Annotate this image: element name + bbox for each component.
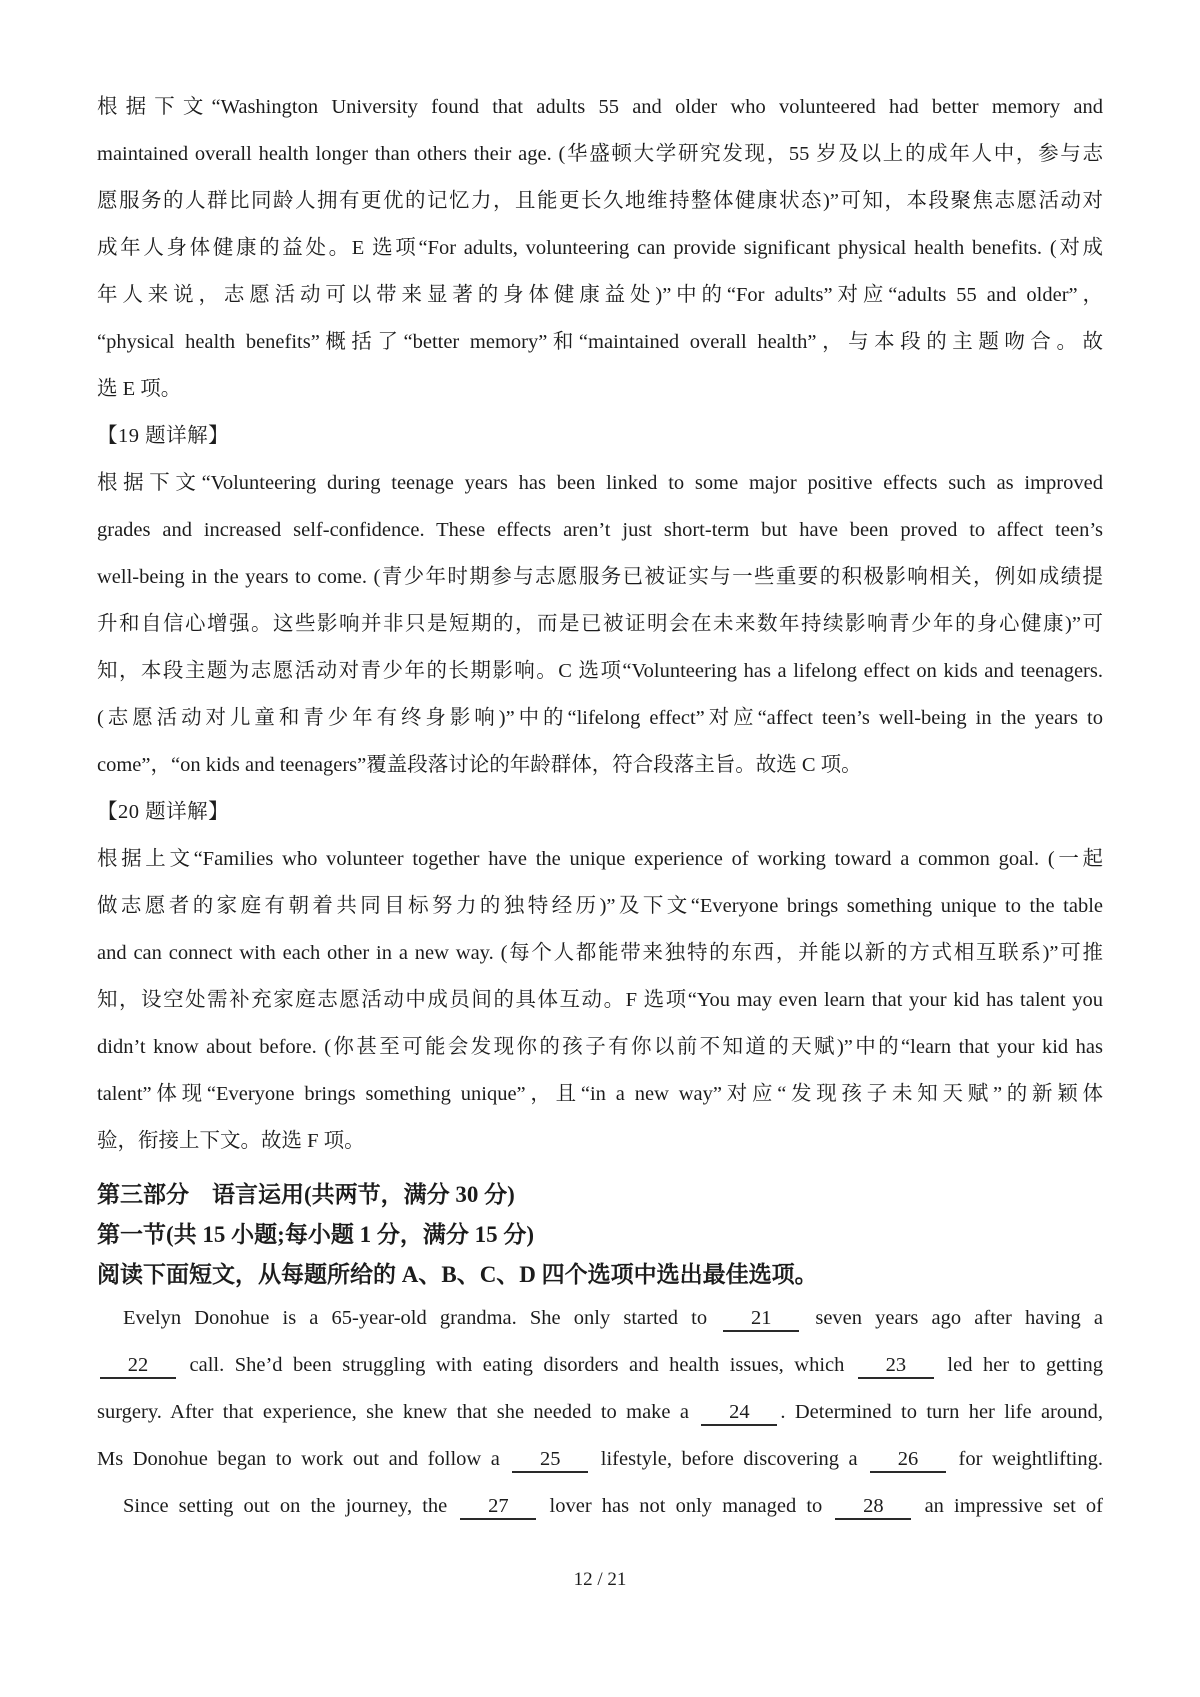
text-line: 做志愿者的家庭有朝着共同目标努力的独特经历)”及下文“Everyone brin… (97, 883, 1103, 930)
text-line: and can connect with each other in a new… (97, 930, 1103, 977)
label-question-20: 【20 题详解】 (97, 789, 1103, 836)
cloze-blank-25: 25 (512, 1447, 588, 1473)
cloze-blank-23: 23 (858, 1353, 934, 1379)
text-line: didn’t know about before. (你甚至可能会发现你的孩子有… (97, 1024, 1103, 1071)
cloze-blank-21: 21 (723, 1306, 799, 1332)
text-line: 验，衔接上下文。故选 F 项。 (97, 1118, 1103, 1165)
text-line: 第三部分 语言运用(共两节，满分 30 分) (97, 1175, 1103, 1215)
text-line: well-being in the years to come. (青少年时期参… (97, 554, 1103, 601)
text-line: Since setting out on the journey, the 27… (97, 1483, 1103, 1530)
cloze-blank-28: 28 (835, 1494, 911, 1520)
text-line: 第一节(共 15 小题;每小题 1 分，满分 15 分) (97, 1215, 1103, 1255)
text-line: 知，设空处需补充家庭志愿活动中成员间的具体互动。F 选项“You may eve… (97, 977, 1103, 1024)
text-line: Evelyn Donohue is a 65-year-old grandma.… (97, 1295, 1103, 1342)
cloze-blank-26: 26 (870, 1447, 946, 1473)
text-line: 根据下文“Volunteering during teenage years h… (97, 460, 1103, 507)
text-line: 阅读下面短文，从每题所给的 A、B、C、D 四个选项中选出最佳选项。 (97, 1255, 1103, 1295)
document-body: 根据下文“Washington University found that ad… (97, 84, 1103, 1530)
cloze-blank-27: 27 (460, 1494, 536, 1520)
explanation-19: 根据下文“Volunteering during teenage years h… (97, 460, 1103, 789)
text-line: 根据上文“Families who volunteer together hav… (97, 836, 1103, 883)
text-line: 升和自信心增强。这些影响并非只是短期的，而是已被证明会在未来数年持续影响青少年的… (97, 601, 1103, 648)
cloze-paragraph-1: Evelyn Donohue is a 65-year-old grandma.… (97, 1295, 1103, 1483)
text-line: 22 call. She’d been struggling with eati… (97, 1342, 1103, 1389)
text-line: 根据下文“Washington University found that ad… (97, 84, 1103, 131)
text-line: 【20 题详解】 (97, 789, 1103, 836)
section-3-heading: 第三部分 语言运用(共两节，满分 30 分)第一节(共 15 小题;每小题 1 … (97, 1175, 1103, 1295)
text-line: surgery. After that experience, she knew… (97, 1389, 1103, 1436)
cloze-paragraph-2: Since setting out on the journey, the 27… (97, 1483, 1103, 1530)
text-line: “physical health benefits”概括了“better mem… (97, 319, 1103, 366)
text-line: 【19 题详解】 (97, 413, 1103, 460)
text-line: 年人来说，志愿活动可以带来显著的身体健康益处)”中的“For adults”对应… (97, 272, 1103, 319)
text-line: maintained overall health longer than ot… (97, 131, 1103, 178)
text-line: 知，本段主题为志愿活动对青少年的长期影响。C 选项“Volunteering h… (97, 648, 1103, 695)
text-line: grades and increased self-confidence. Th… (97, 507, 1103, 554)
text-line: 愿服务的人群比同龄人拥有更优的记忆力，且能更长久地维持整体健康状态)”可知，本段… (97, 178, 1103, 225)
page-number: 12 / 21 (0, 1568, 1200, 1592)
explanation-20: 根据上文“Families who volunteer together hav… (97, 836, 1103, 1165)
text-line: come”，“on kids and teenagers”覆盖段落讨论的年龄群体… (97, 742, 1103, 789)
label-question-19: 【19 题详解】 (97, 413, 1103, 460)
cloze-blank-24: 24 (701, 1400, 777, 1426)
text-line: 成年人身体健康的益处。E 选项“For adults, volunteering… (97, 225, 1103, 272)
explanation-18-continued: 根据下文“Washington University found that ad… (97, 84, 1103, 413)
text-line: talent”体现“Everyone brings something uniq… (97, 1071, 1103, 1118)
text-line: 选 E 项。 (97, 366, 1103, 413)
document-page: 根据下文“Washington University found that ad… (0, 0, 1200, 1697)
cloze-blank-22: 22 (100, 1353, 176, 1379)
text-line: (志愿活动对儿童和青少年有终身影响)”中的“lifelong effect”对应… (97, 695, 1103, 742)
text-line: Ms Donohue began to work out and follow … (97, 1436, 1103, 1483)
